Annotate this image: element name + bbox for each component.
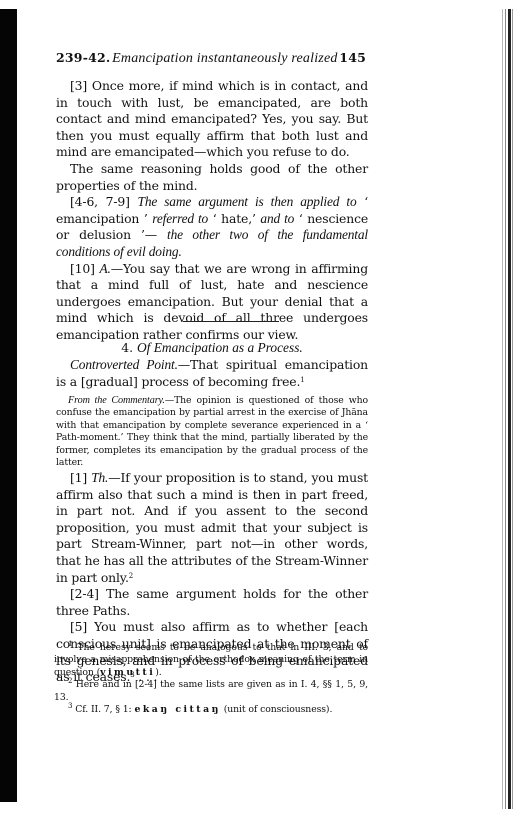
commentary-label: From the Commentary. [68, 395, 165, 406]
paragraph-4-9: [4-6, 7-9] The same argument is then app… [56, 194, 368, 260]
upper-text-block: [3] Once more, if mind which is in conta… [56, 78, 368, 344]
page-header-area: 239-42. Emancipation instantaneously rea… [56, 50, 366, 78]
paragraph-same-reasoning: The same reasoning holds good of the oth… [56, 161, 368, 194]
footnote-text: ). [155, 667, 161, 678]
footnote-text: (unit of consciousness). [221, 704, 332, 715]
controverted-label: Controverted Point. [70, 357, 178, 372]
footnote-ref[interactable]: 2 [129, 572, 133, 580]
paragraph-number: [1] [70, 470, 87, 485]
page-edge-line [512, 9, 513, 809]
paragraph-text: —If your proposition is to stand, you mu… [56, 470, 368, 585]
pali-term: vimutti [100, 667, 155, 678]
italic-text: The same argument is then applied to [138, 194, 357, 209]
section-range: 239-42. [56, 50, 110, 65]
section-title: Of Emancipation as a Process. [137, 340, 303, 355]
controverted-paragraph: Controverted Point.—That spiritual emanc… [56, 357, 368, 390]
commentary-block: From the Commentary.—The opinion is ques… [56, 395, 368, 469]
section-divider [183, 321, 279, 322]
italic-text: referred to [152, 211, 208, 226]
paragraph-number: [4-6, 7-9] [70, 194, 130, 209]
running-title: Emancipation instantaneously realized [112, 51, 337, 67]
speaker-label: Th. [91, 470, 108, 485]
footnote-ref[interactable]: 1 [300, 376, 304, 384]
paragraph-3: [3] Once more, if mind which is in conta… [56, 78, 368, 161]
speaker-label: A. [100, 261, 111, 276]
paragraph-number: [10] [70, 261, 95, 276]
footnote-text: Here and in [2-4] the same lists are giv… [54, 679, 368, 702]
footnote-3: 3 Cf. II. 7, § 1: ekaŋ cittaŋ (unit of c… [54, 704, 368, 716]
footnotes: 1 The heresy seems to be analogous to th… [54, 642, 368, 716]
footnote-text: Cf. II. 7, § 1: [72, 704, 134, 715]
page-edge-line [502, 9, 503, 809]
paragraph-10: [10] A.—You say that we are wrong in aff… [56, 261, 368, 344]
argument-paragraph-2-4: [2-4] The same argument holds for the ot… [56, 586, 368, 619]
scan-binding-shadow [0, 9, 17, 802]
commentary-paragraph: From the Commentary.—The opinion is ques… [56, 395, 368, 469]
page-number: 145 [339, 50, 366, 65]
italic-text: and to [260, 211, 294, 226]
footnote-1: 1 The heresy seems to be analogous to th… [54, 642, 368, 679]
section-number: 4. [121, 340, 133, 355]
section-heading: 4. Of Emancipation as a Process. [56, 340, 368, 356]
controverted-point: Controverted Point.—That spiritual emanc… [56, 357, 368, 390]
pali-term: ekaŋ cittaŋ [134, 704, 220, 715]
footnote-2: 2 Here and in [2-4] the same lists are g… [54, 679, 368, 704]
quoted-term: ‘ hate,’ [213, 211, 256, 226]
page-edge-line [505, 9, 506, 809]
page-edge-line [508, 9, 511, 809]
argument-paragraph-1: [1] Th.—If your proposition is to stand,… [56, 470, 368, 586]
running-head: 239-42. Emancipation instantaneously rea… [56, 50, 366, 68]
